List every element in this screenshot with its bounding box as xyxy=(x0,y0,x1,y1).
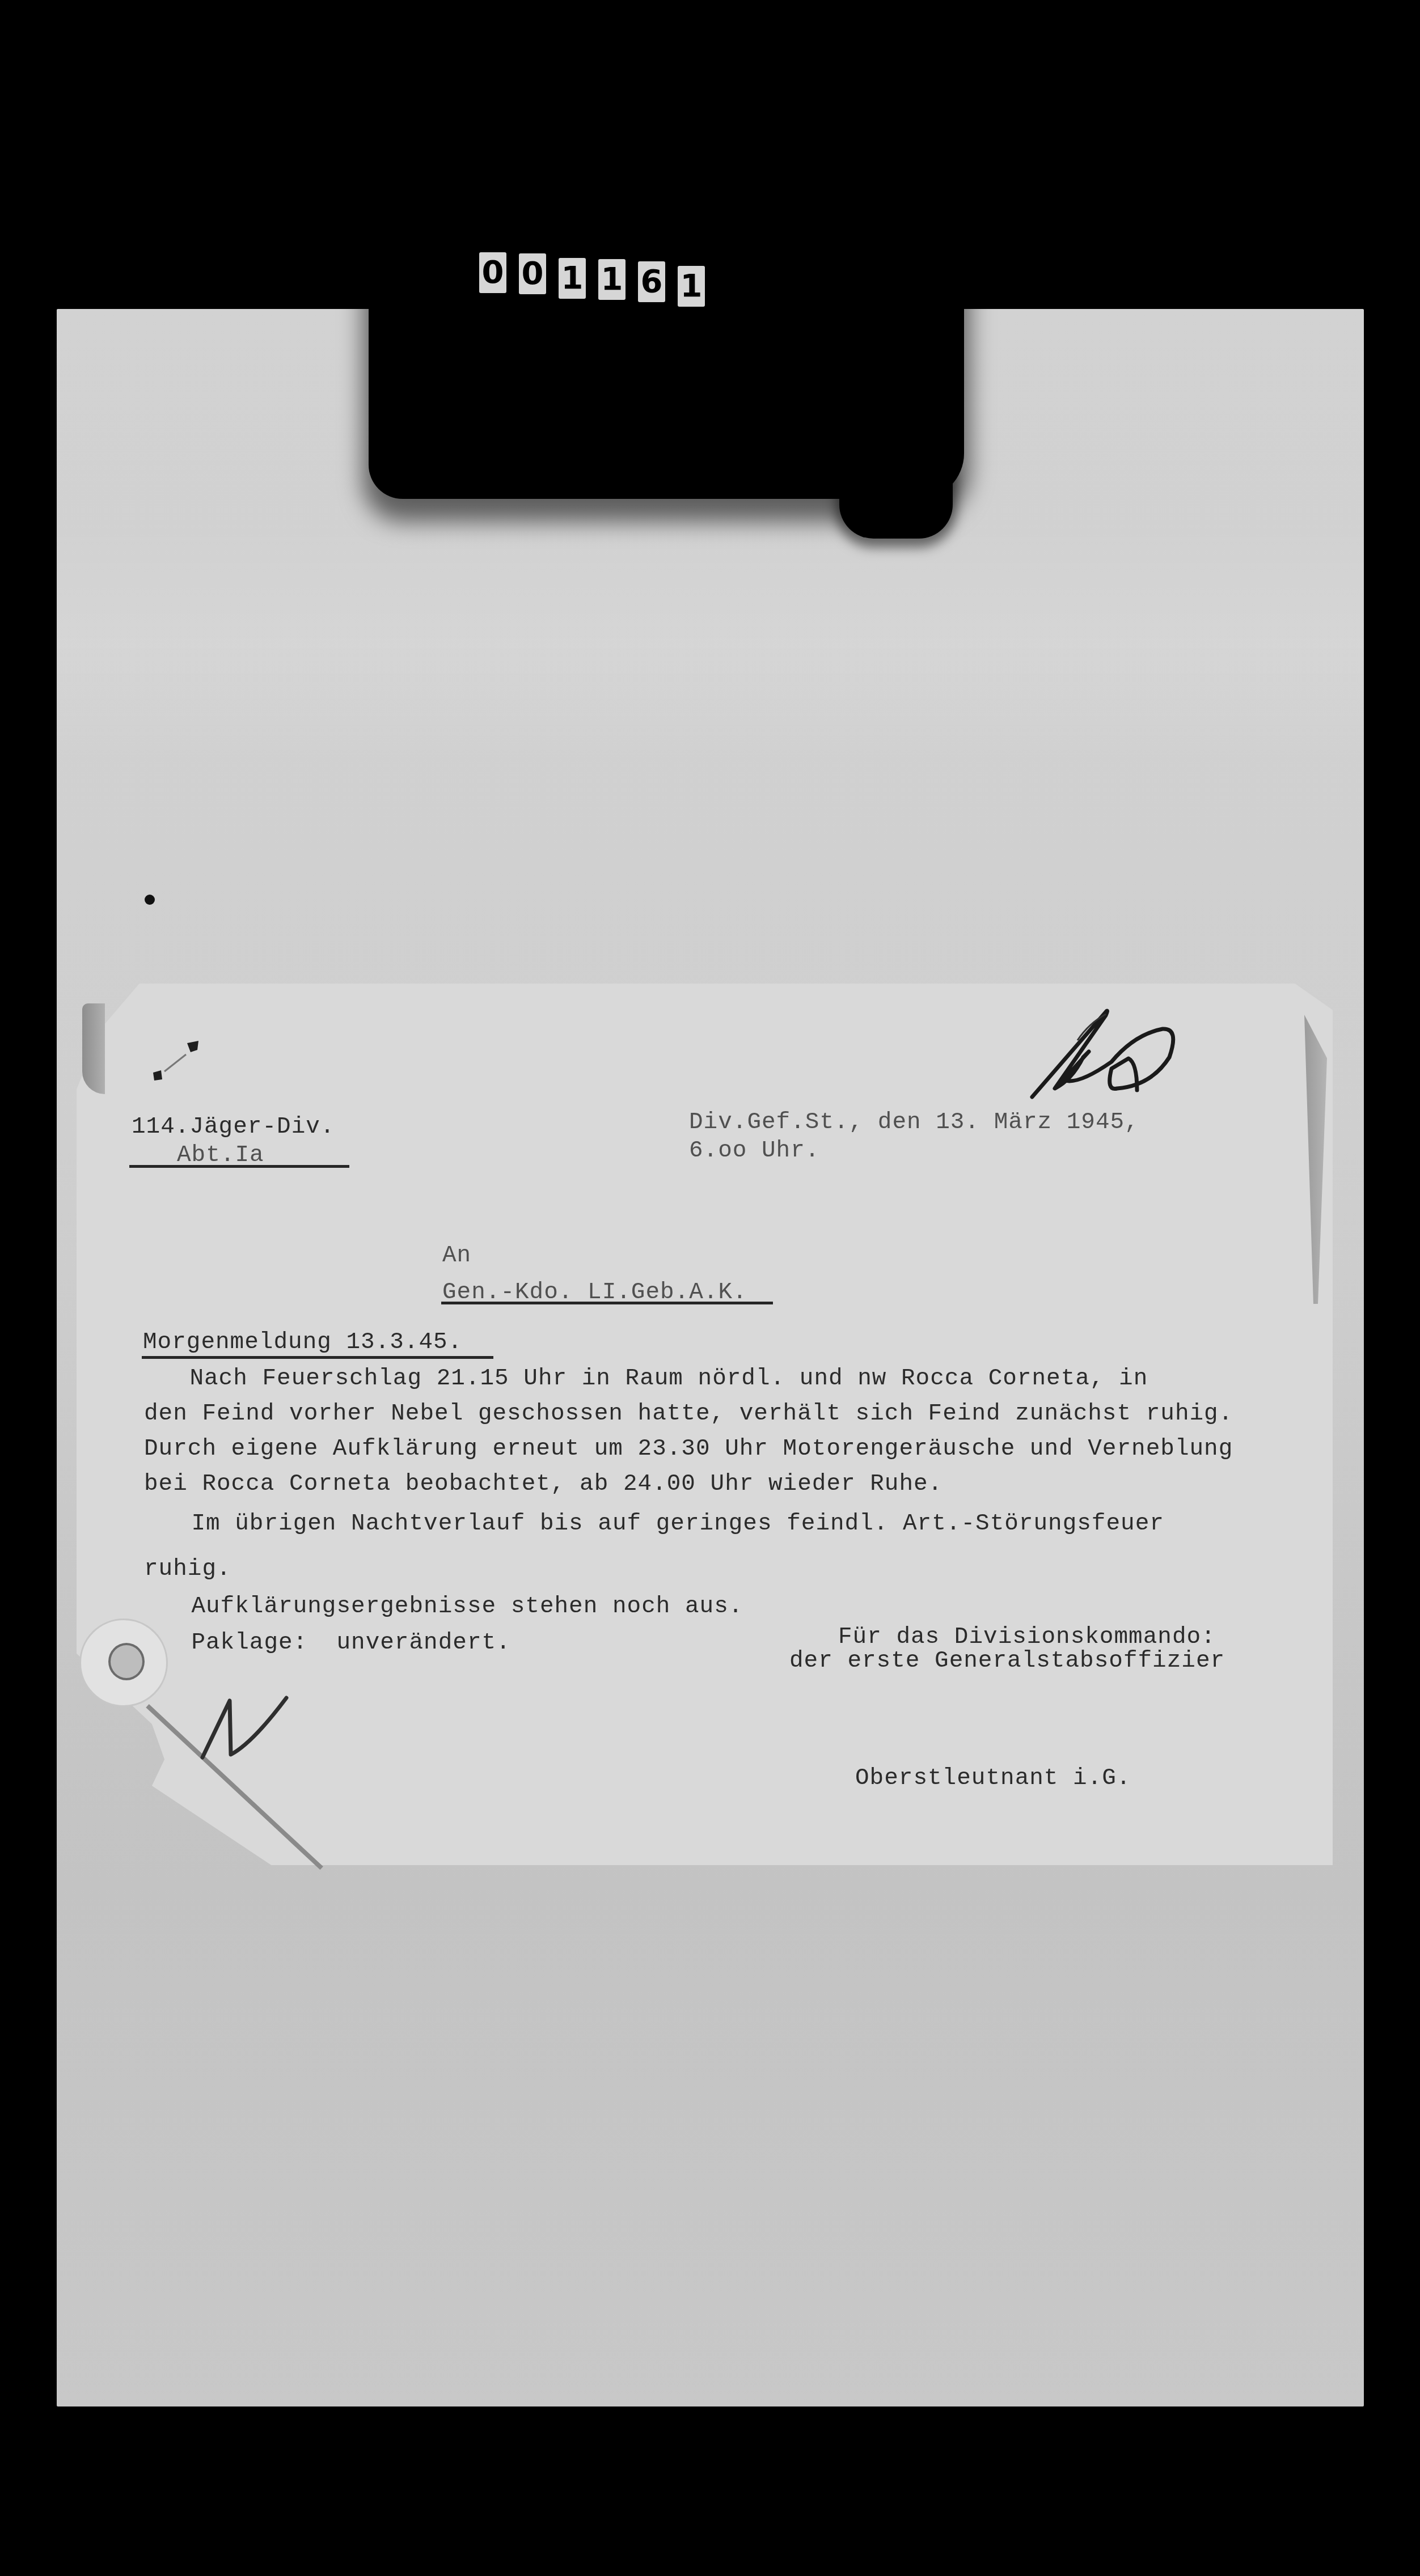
slip-left-fold xyxy=(82,1003,105,1094)
body-line: den Feind vorher Nebel geschossen hatte,… xyxy=(144,1403,1233,1426)
ink-dot xyxy=(145,895,155,905)
tear-marks-icon xyxy=(142,1037,210,1088)
body-line: Durch eigene Aufklärung erneut um 23.30 … xyxy=(144,1438,1233,1461)
body-line: ruhig. xyxy=(144,1558,231,1581)
handwritten-initials-icon xyxy=(1021,995,1191,1108)
frame-counter-digit: 0 xyxy=(479,252,506,293)
frame-counter-digit: 1 xyxy=(678,266,705,307)
recipient-prefix: An xyxy=(442,1244,471,1268)
frame-counter-digit: 1 xyxy=(559,258,586,299)
subject-underline xyxy=(142,1356,493,1359)
sender-unit: 114.Jäger-Div. xyxy=(132,1116,335,1139)
body-line: Im übrigen Nachtverlauf bis auf geringes… xyxy=(133,1512,1164,1536)
body-line: Aufklärungsergebnisse stehen noch aus. xyxy=(133,1595,743,1619)
frame-counter-digit: 6 xyxy=(638,261,665,302)
place-date-line2: 6.oo Uhr. xyxy=(689,1139,819,1163)
body-line: Paklage: unverändert. xyxy=(133,1632,511,1655)
recipient-underline xyxy=(441,1302,773,1304)
frame-counter-tab-shadow xyxy=(839,471,953,539)
pencil-tick-icon xyxy=(196,1692,298,1766)
paper-shading xyxy=(57,524,1364,762)
frame-counter-digit: 1 xyxy=(598,259,626,300)
report-subject: Morgenmeldung 13.3.45. xyxy=(143,1331,462,1354)
sender-underline xyxy=(129,1165,349,1168)
recipient-name: Gen.-Kdo. LI.Geb.A.K. xyxy=(442,1281,747,1304)
signature-line2: der erste Generalstabsoffizier xyxy=(789,1650,1225,1673)
sender-department: Abt.Ia xyxy=(177,1144,264,1167)
signature-line1: Für das Divisionskommando: xyxy=(838,1626,1216,1649)
frame-counter: 0 0 1 1 6 1 xyxy=(479,252,705,293)
place-date-line1: Div.Gef.St., den 13. März 1945, xyxy=(689,1111,1139,1134)
body-line: Nach Feuerschlag 21.15 Uhr in Raum nördl… xyxy=(132,1367,1148,1391)
frame-counter-digit: 0 xyxy=(519,253,546,294)
signature-rank: Oberstleutnant i.G. xyxy=(855,1767,1131,1790)
body-line: bei Rocca Corneta beobachtet, ab 24.00 U… xyxy=(144,1473,943,1496)
